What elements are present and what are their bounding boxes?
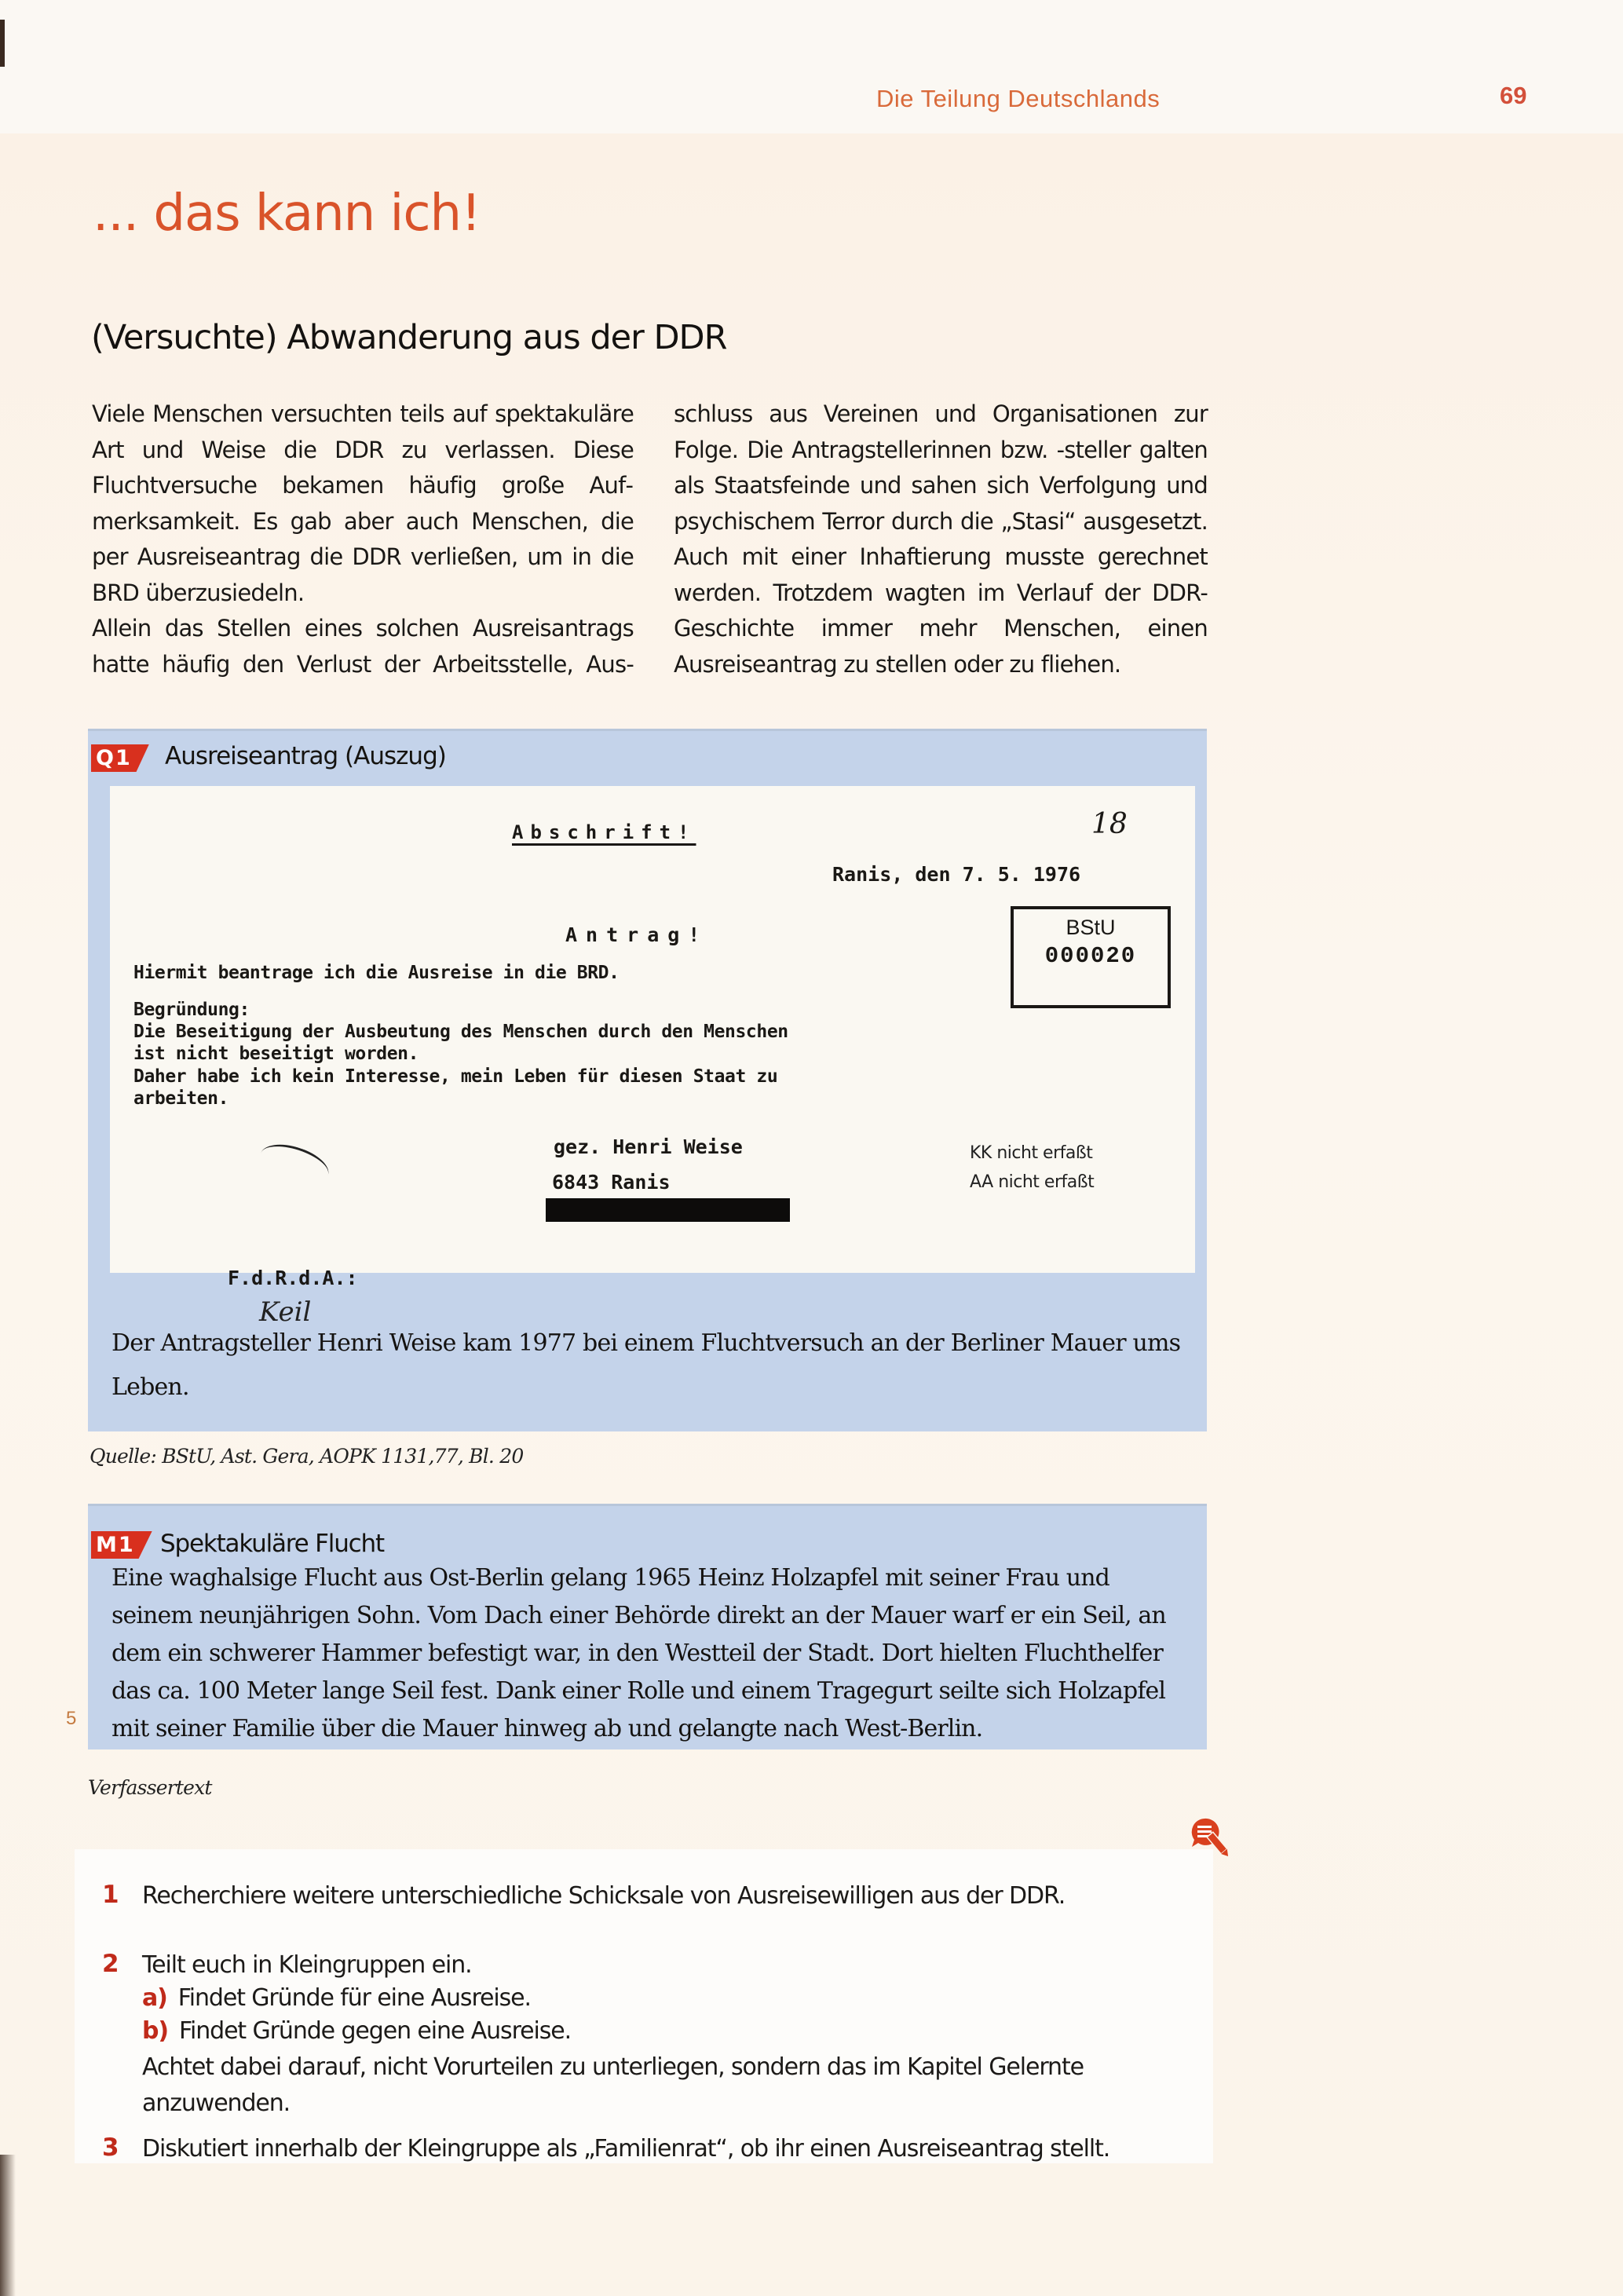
task-number: 2 xyxy=(102,1950,119,1978)
document-facsimile: Abschrift! 18 Ranis, den 7. 5. 1976 BStU… xyxy=(110,786,1195,1273)
document-line: arbeiten. xyxy=(133,1088,228,1109)
document-line: ist nicht beseitigt worden. xyxy=(133,1044,419,1064)
document-heading: Abschrift! xyxy=(512,821,696,843)
subtask-letter: a) xyxy=(142,1984,167,2012)
tasks-section: 1 Recherchiere weitere unterschiedliche … xyxy=(75,1849,1213,2163)
subtask-letter: b) xyxy=(142,2017,168,2045)
pen-stroke-mark xyxy=(256,1137,334,1191)
task-text: Recherchiere weitere unterschiedliche Sc… xyxy=(142,1882,1065,1910)
intro-left-column: Viele Menschen versuchten teils auf spek… xyxy=(92,397,634,682)
signature-name: gez. Henri Weise xyxy=(554,1135,743,1158)
source-title: Ausreiseantrag (Auszug) xyxy=(165,742,446,770)
document-line: Die Beseitigung der Ausbeutung des Mensc… xyxy=(133,1022,788,1042)
stamp-label: BStU xyxy=(1014,916,1168,940)
task-text: Teilt euch in Kleingruppen ein. xyxy=(142,1951,472,1979)
handwritten-mark: 18 xyxy=(1091,808,1128,840)
task-number: 3 xyxy=(102,2133,119,2162)
material-box-m1: M1 Spektakuläre Flucht Eine waghalsige F… xyxy=(88,1504,1207,1749)
source-citation: Quelle: BStU, Ast. Gera, AOPK 1131,77, B… xyxy=(90,1445,523,1468)
subtask-text: Findet Gründe gegen eine Ausreise. xyxy=(179,2017,571,2045)
material-title: Spektakuläre Flucht xyxy=(160,1530,384,1558)
material-badge: M1 xyxy=(91,1531,152,1559)
document-line: Hiermit beantrage ich die Ausreise in di… xyxy=(133,963,620,983)
scan-edge-shadow xyxy=(0,2155,16,2296)
intro-paragraph: Viele Menschen versuchten teils auf spek… xyxy=(92,397,634,611)
page-number: 69 xyxy=(1500,82,1526,110)
chapter-title: ... das kann ich! xyxy=(93,185,481,243)
annotation: KK nicht erfaßt xyxy=(970,1143,1092,1163)
source-box-q1: Q1 Ausreiseantrag (Auszug) Abschrift! 18… xyxy=(88,729,1207,1431)
subtask: a)Findet Gründe für eine Ausreise. xyxy=(142,1984,531,2012)
line-number: 5 xyxy=(66,1708,76,1730)
document-date: Ranis, den 7. 5. 1976 xyxy=(832,863,1080,886)
task-number: 1 xyxy=(102,1881,119,1909)
material-text: Eine waghalsige Flucht aus Ost-Berlin ge… xyxy=(111,1559,1195,1748)
task-text: Diskutiert innerhalb der Kleingruppe als… xyxy=(142,2135,1109,2163)
task-note: Achtet dabei darauf, nicht Vorurteilen z… xyxy=(142,2053,1084,2081)
scan-edge xyxy=(0,20,5,67)
document-subject: Antrag! xyxy=(565,923,708,946)
document-line: Begründung: xyxy=(133,1000,250,1020)
redaction-bar xyxy=(546,1198,790,1222)
annotation: AA nicht erfaßt xyxy=(970,1172,1094,1192)
subtask-text: Findet Gründe für eine Ausreise. xyxy=(178,1984,531,2012)
archive-stamp: BStU 000020 xyxy=(1011,906,1171,1008)
intro-paragraph: schluss aus Vereinen und Organisationen … xyxy=(674,397,1208,682)
intro-right-column: schluss aus Vereinen und Organisationen … xyxy=(674,397,1208,682)
source-badge: Q1 xyxy=(91,744,149,772)
subtask: b)Findet Gründe gegen eine Ausreise. xyxy=(142,2017,571,2045)
stamp-number: 000020 xyxy=(1014,943,1168,969)
certification-abbrev: F.d.R.d.A.: xyxy=(228,1267,358,1289)
source-caption: Der Antragsteller Henri Weise kam 1977 b… xyxy=(111,1322,1187,1409)
intro-paragraph: Allein das Stellen eines solchen Ausreis… xyxy=(92,611,634,682)
task-note: anzuwenden. xyxy=(142,2089,290,2117)
document-line: Daher habe ich kein Interesse, mein Lebe… xyxy=(133,1066,777,1087)
running-head: Die Teilung Deutschlands xyxy=(876,85,1160,113)
section-title: (Versuchte) Abwanderung aus der DDR xyxy=(91,318,727,357)
signature-place: 6843 Ranis xyxy=(552,1171,671,1194)
author-note: Verfassertext xyxy=(88,1776,212,1799)
